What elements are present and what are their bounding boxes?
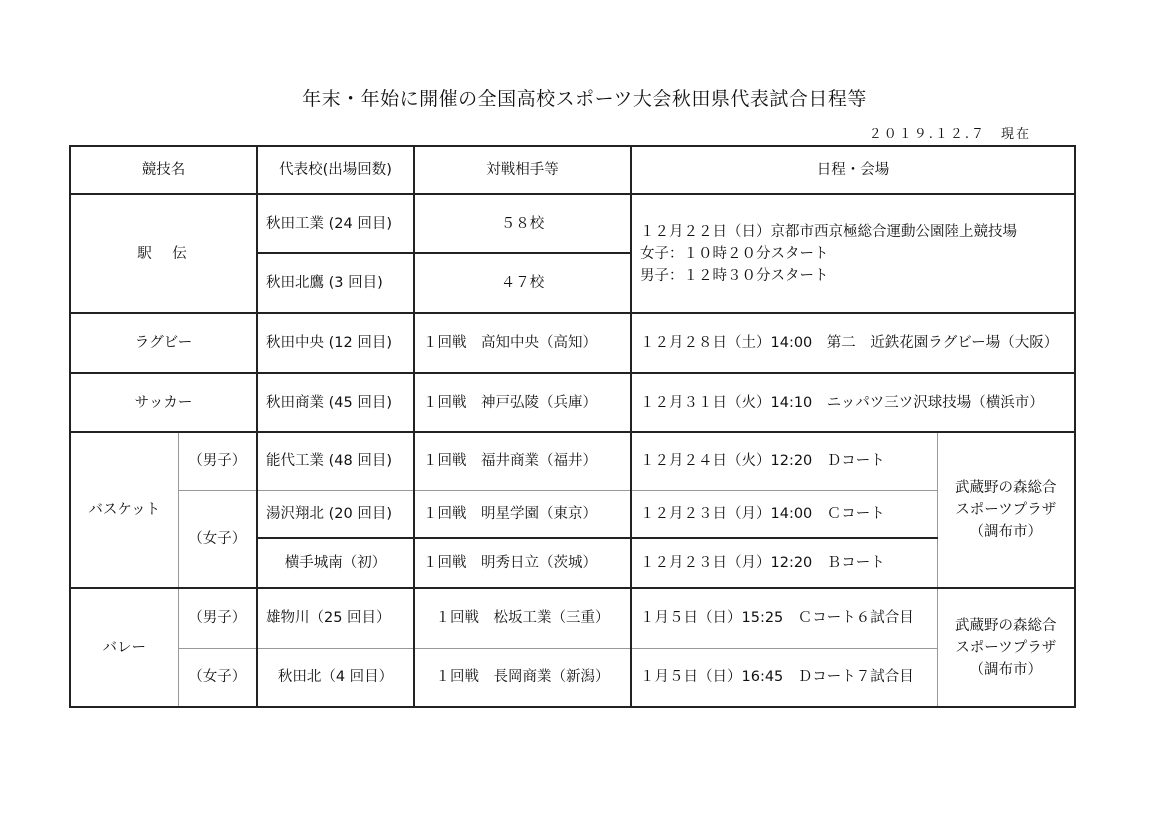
- venue-line: （調布市）: [946, 659, 1067, 681]
- schedule-line: １２月２２日（日）京都市西京極総合運動公園陸上競技場: [640, 221, 1066, 243]
- school-cell: 雄物川（25 回目）: [257, 588, 414, 648]
- opponent-cell: ４７校: [414, 253, 631, 313]
- schedule-cell: １２月２３日（月）12:20 Ｂコート: [631, 538, 937, 588]
- opponent-cell: １回戦 明秀日立（茨城）: [414, 538, 631, 588]
- opponent-cell: １回戦 松坂工業（三重）: [414, 588, 631, 648]
- school-cell: 秋田工業 (24 回目): [257, 194, 414, 253]
- sport-volleyball: バレー: [70, 588, 178, 707]
- schedule-line: 女子：１０時２０分スタート: [640, 243, 1066, 265]
- schedule-cell: １月５日（日）16:45 Ｄコート７試合目: [631, 648, 937, 707]
- school-cell: 秋田北（4 回目）: [257, 648, 414, 707]
- document-title: 年末・年始に開催の全国高校スポーツ大会秋田県代表試合日程等: [0, 84, 1169, 111]
- gender-girls: （女子）: [178, 490, 257, 588]
- school-cell: 能代工業 (48 回目): [257, 432, 414, 490]
- venue-cell: 武蔵野の森総合 スポーツプラザ （調布市）: [937, 588, 1075, 707]
- sport-basketball: バスケット: [70, 432, 178, 588]
- table-row: 駅 伝 秋田工業 (24 回目) ５８校 １２月２２日（日）京都市西京極総合運動…: [70, 194, 1075, 253]
- school-cell: 秋田中央 (12 回目): [257, 313, 414, 373]
- header-opponent: 対戦相手等: [414, 146, 631, 194]
- schedule-cell: １月５日（日）15:25 Ｃコート６試合目: [631, 588, 937, 648]
- schedule-table: 競技名 代表校(出場回数) 対戦相手等 日程・会場 駅 伝 秋田工業 (24 回…: [69, 145, 1076, 708]
- gender-boys: （男子）: [178, 588, 257, 648]
- table-row: （女子） 秋田北（4 回目） １回戦 長岡商業（新潟） １月５日（日）16:45…: [70, 648, 1075, 707]
- sport-soccer: サッカー: [70, 373, 257, 432]
- schedule-line: 男子：１２時３０分スタート: [640, 265, 1066, 287]
- table-row: バスケット （男子） 能代工業 (48 回目) １回戦 福井商業（福井） １２月…: [70, 432, 1075, 490]
- header-schedule: 日程・会場: [631, 146, 1075, 194]
- schedule-cell: １２月２３日（月）14:00 Ｃコート: [631, 490, 937, 538]
- sport-rugby: ラグビー: [70, 313, 257, 373]
- schedule-cell: １２月２４日（火）12:20 Ｄコート: [631, 432, 937, 490]
- table-row: サッカー 秋田商業 (45 回目) １回戦 神戸弘陵（兵庫） １２月３１日（火）…: [70, 373, 1075, 432]
- sport-ekiden: 駅 伝: [70, 194, 257, 313]
- table-row: ラグビー 秋田中央 (12 回目) １回戦 高知中央（高知） １２月２８日（土）…: [70, 313, 1075, 373]
- venue-line: 武蔵野の森総合: [946, 615, 1067, 637]
- schedule-cell: １２月３１日（火）14:10 ニッパツ三ツ沢球技場（横浜市）: [631, 373, 1075, 432]
- schedule-cell: １２月２２日（日）京都市西京極総合運動公園陸上競技場 女子：１０時２０分スタート…: [631, 194, 1075, 313]
- opponent-cell: ５８校: [414, 194, 631, 253]
- as-of-date: ２０１９.１２.７ 現在: [869, 123, 1031, 142]
- venue-line: 武蔵野の森総合: [946, 477, 1067, 499]
- header-row: 競技名 代表校(出場回数) 対戦相手等 日程・会場: [70, 146, 1075, 194]
- school-cell: 秋田北鷹 (3 回目): [257, 253, 414, 313]
- opponent-cell: １回戦 高知中央（高知）: [414, 313, 631, 373]
- school-cell: 秋田商業 (45 回目): [257, 373, 414, 432]
- opponent-cell: １回戦 福井商業（福井）: [414, 432, 631, 490]
- venue-line: （調布市）: [946, 521, 1067, 543]
- venue-line: スポーツプラザ: [946, 637, 1067, 659]
- opponent-cell: １回戦 明星学園（東京）: [414, 490, 631, 538]
- header-school: 代表校(出場回数): [257, 146, 414, 194]
- opponent-cell: １回戦 神戸弘陵（兵庫）: [414, 373, 631, 432]
- gender-boys: （男子）: [178, 432, 257, 490]
- table-row: （女子） 湯沢翔北 (20 回目) １回戦 明星学園（東京） １２月２３日（月）…: [70, 490, 1075, 538]
- gender-girls: （女子）: [178, 648, 257, 707]
- school-cell: 横手城南（初）: [257, 538, 414, 588]
- schedule-cell: １２月２８日（土）14:00 第二 近鉄花園ラグビー場（大阪）: [631, 313, 1075, 373]
- header-sport: 競技名: [70, 146, 257, 194]
- opponent-cell: １回戦 長岡商業（新潟）: [414, 648, 631, 707]
- school-cell: 湯沢翔北 (20 回目): [257, 490, 414, 538]
- venue-cell: 武蔵野の森総合 スポーツプラザ （調布市）: [937, 432, 1075, 588]
- table-row: バレー （男子） 雄物川（25 回目） １回戦 松坂工業（三重） １月５日（日）…: [70, 588, 1075, 648]
- venue-line: スポーツプラザ: [946, 499, 1067, 521]
